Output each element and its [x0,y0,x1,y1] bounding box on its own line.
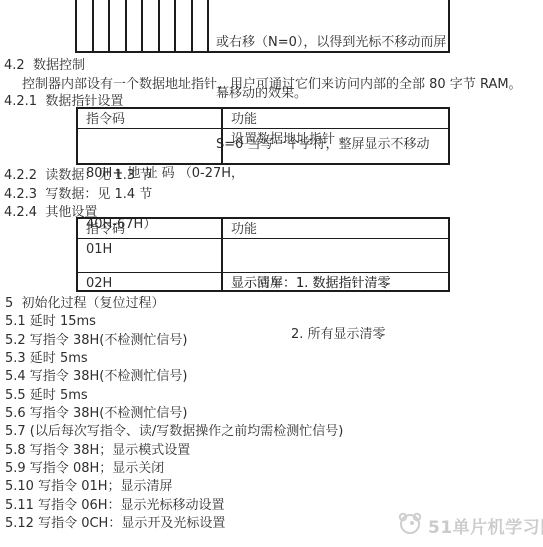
header-cell-function: 功能 [223,219,448,238]
section-paragraph-4-2: 控制器内部设有一个数据地址指针，用户可通过它们来访问内部的全部 80 字节 RA… [22,77,522,92]
table-header-row: 指令码 功能 [78,219,448,239]
site-logo-icon [396,509,424,541]
bit-cell [176,0,193,51]
table-row: 02H 显示回车：1. 数据指针清零 [78,273,448,290]
init-step: 5.3 延时 5ms [5,350,343,368]
header-cell-function: 功能 [223,109,448,128]
table-row: 01H 显示清屏：1. 数据指针清零 2. 所有显示清零 [78,239,448,273]
section-heading-5: 5 初始化过程（复位过程） [5,295,343,313]
table-header-row: 指令码 功能 [78,109,448,129]
init-step: 5.10 写指令 01H；显示清屏 [5,478,343,496]
init-step: 5.12 写指令 0CH：显示开及光标设置 [5,515,343,533]
header-cell-code: 指令码 [78,219,223,238]
initialization-section: 5 初始化过程（复位过程） 5.1 延时 15ms 5.2 写指令 38H(不检… [5,295,343,533]
site-name: 51单片机学习网 [428,513,543,538]
init-step: 5.1 延时 15ms [5,313,343,331]
init-step: 5.4 写指令 38H(不检测忙信号) [5,368,343,386]
bit-cell [143,0,160,51]
init-step: 5.7 (以后每次写指令、读/写数据操作之前均需检测忙信号) [5,423,343,441]
bit-cell [110,0,127,51]
cell-code: 80H+ 地 址 码 （0-27H， 40H-67H） [78,129,223,163]
bit-cell [160,0,177,51]
function-description-cell: 或右移（N=0），以得到光标不移动而屏 幕移动的效果。 S=0 当写一个字符，整… [209,0,448,51]
bit-cell [127,0,144,51]
cell-function: 显示清屏：1. 数据指针清零 2. 所有显示清零 [223,239,448,272]
cell-function: 设置数据地址指针 [223,129,448,163]
bit-cell [77,0,94,51]
init-step: 5.11 写指令 06H：显示光标移动设置 [5,497,343,515]
bit-cell [94,0,111,51]
init-step: 5.6 写指令 38H(不检测忙信号) [5,405,343,423]
other-settings-table: 指令码 功能 01H 显示清屏：1. 数据指针清零 2. 所有显示清零 02H … [76,217,450,292]
description-line: 或右移（N=0），以得到光标不移动而屏 [216,34,448,51]
init-step: 5.9 写指令 08H；显示关闭 [5,460,343,478]
cell-code: 01H [78,239,223,272]
site-watermark: 51单片机学习网 [396,509,543,541]
section-heading-4-2: 4.2 数据控制 [4,58,85,73]
section-heading-4-2-2: 4.2.2 读数据：见 1.3 节 [4,168,152,183]
bit-cell [193,0,210,51]
init-step: 5.5 延时 5ms [5,387,343,405]
cell-code: 02H [78,273,223,290]
data-pointer-table: 指令码 功能 80H+ 地 址 码 （0-27H， 40H-67H） 设置数据地… [76,107,450,165]
init-step: 5.8 写指令 38H；显示模式设置 [5,442,343,460]
table-row: 80H+ 地 址 码 （0-27H， 40H-67H） 设置数据地址指针 [78,129,448,163]
instruction-table-fragment: 或右移（N=0），以得到光标不移动而屏 幕移动的效果。 S=0 当写一个字符，整… [75,0,450,53]
init-step: 5.2 写指令 38H(不检测忙信号) [5,332,343,350]
section-heading-4-2-3: 4.2.3 写数据：见 1.4 节 [4,187,152,202]
header-cell-code: 指令码 [78,109,223,128]
cell-function: 显示回车：1. 数据指针清零 [223,273,448,290]
